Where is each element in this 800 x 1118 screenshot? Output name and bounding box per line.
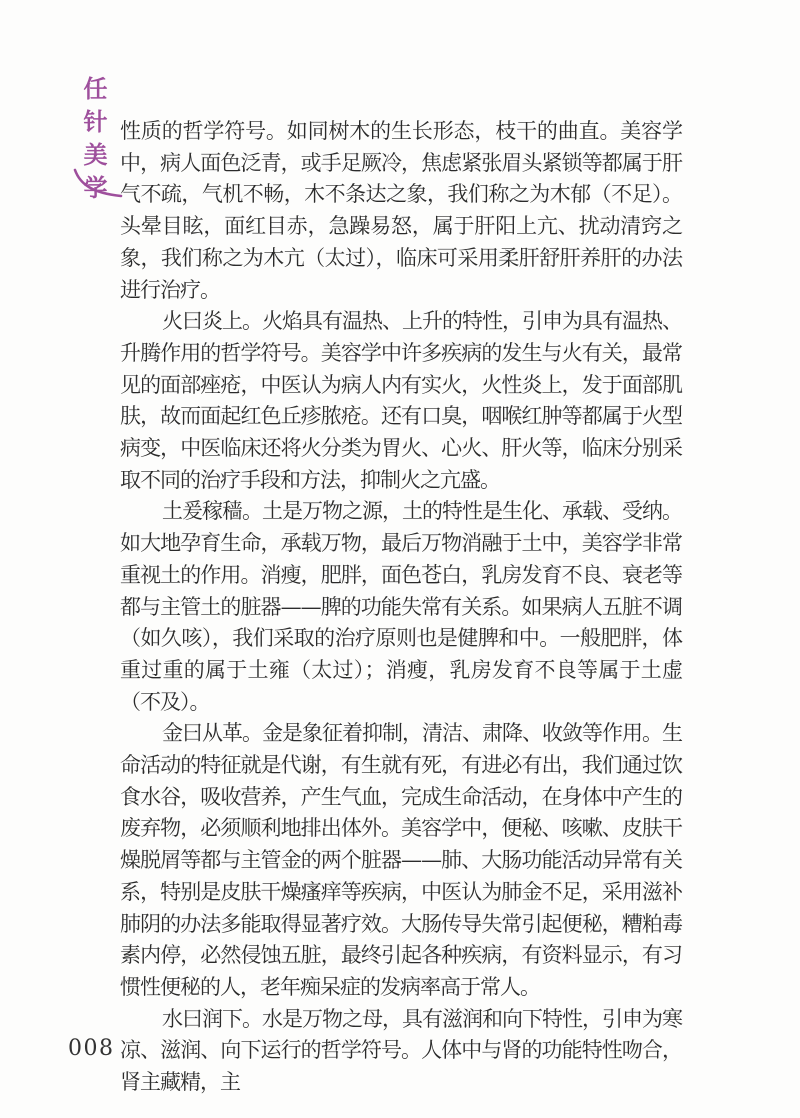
- paragraph-fire: 火曰炎上。火焰具有温热、上升的特性，引申为具有温热、升腾作用的哲学符号。美容学中…: [120, 306, 682, 496]
- page-number: 008: [68, 1036, 115, 1061]
- paragraph-earth: 土爰稼穑。土是万物之源，土的特性是生化、承载、受纳。如大地孕育生命，承载万物，最…: [120, 496, 682, 718]
- paragraph-metal: 金曰从革。金是象征着抑制，清洁、肃降、收敛等作用。生命活动的特征就是代谢，有生就…: [120, 718, 682, 1003]
- paragraph-water: 水曰润下。水是万物之母，具有滋润和向下特性，引申为寒凉、滋润、向下运行的哲学符号…: [120, 1004, 682, 1099]
- body-text: 性质的哲学符号。如同树木的生长形态，枝干的曲直。美容学中，病人面色泛青，或手足厥…: [120, 116, 682, 1099]
- book-page: 任针美学 性质的哲学符号。如同树木的生长形态，枝干的曲直。美容学中，病人面色泛青…: [0, 0, 800, 1118]
- paragraph-wood-continuation: 性质的哲学符号。如同树木的生长形态，枝干的曲直。美容学中，病人面色泛青，或手足厥…: [120, 116, 682, 306]
- logo-vertical-title: 任针美学: [78, 76, 108, 208]
